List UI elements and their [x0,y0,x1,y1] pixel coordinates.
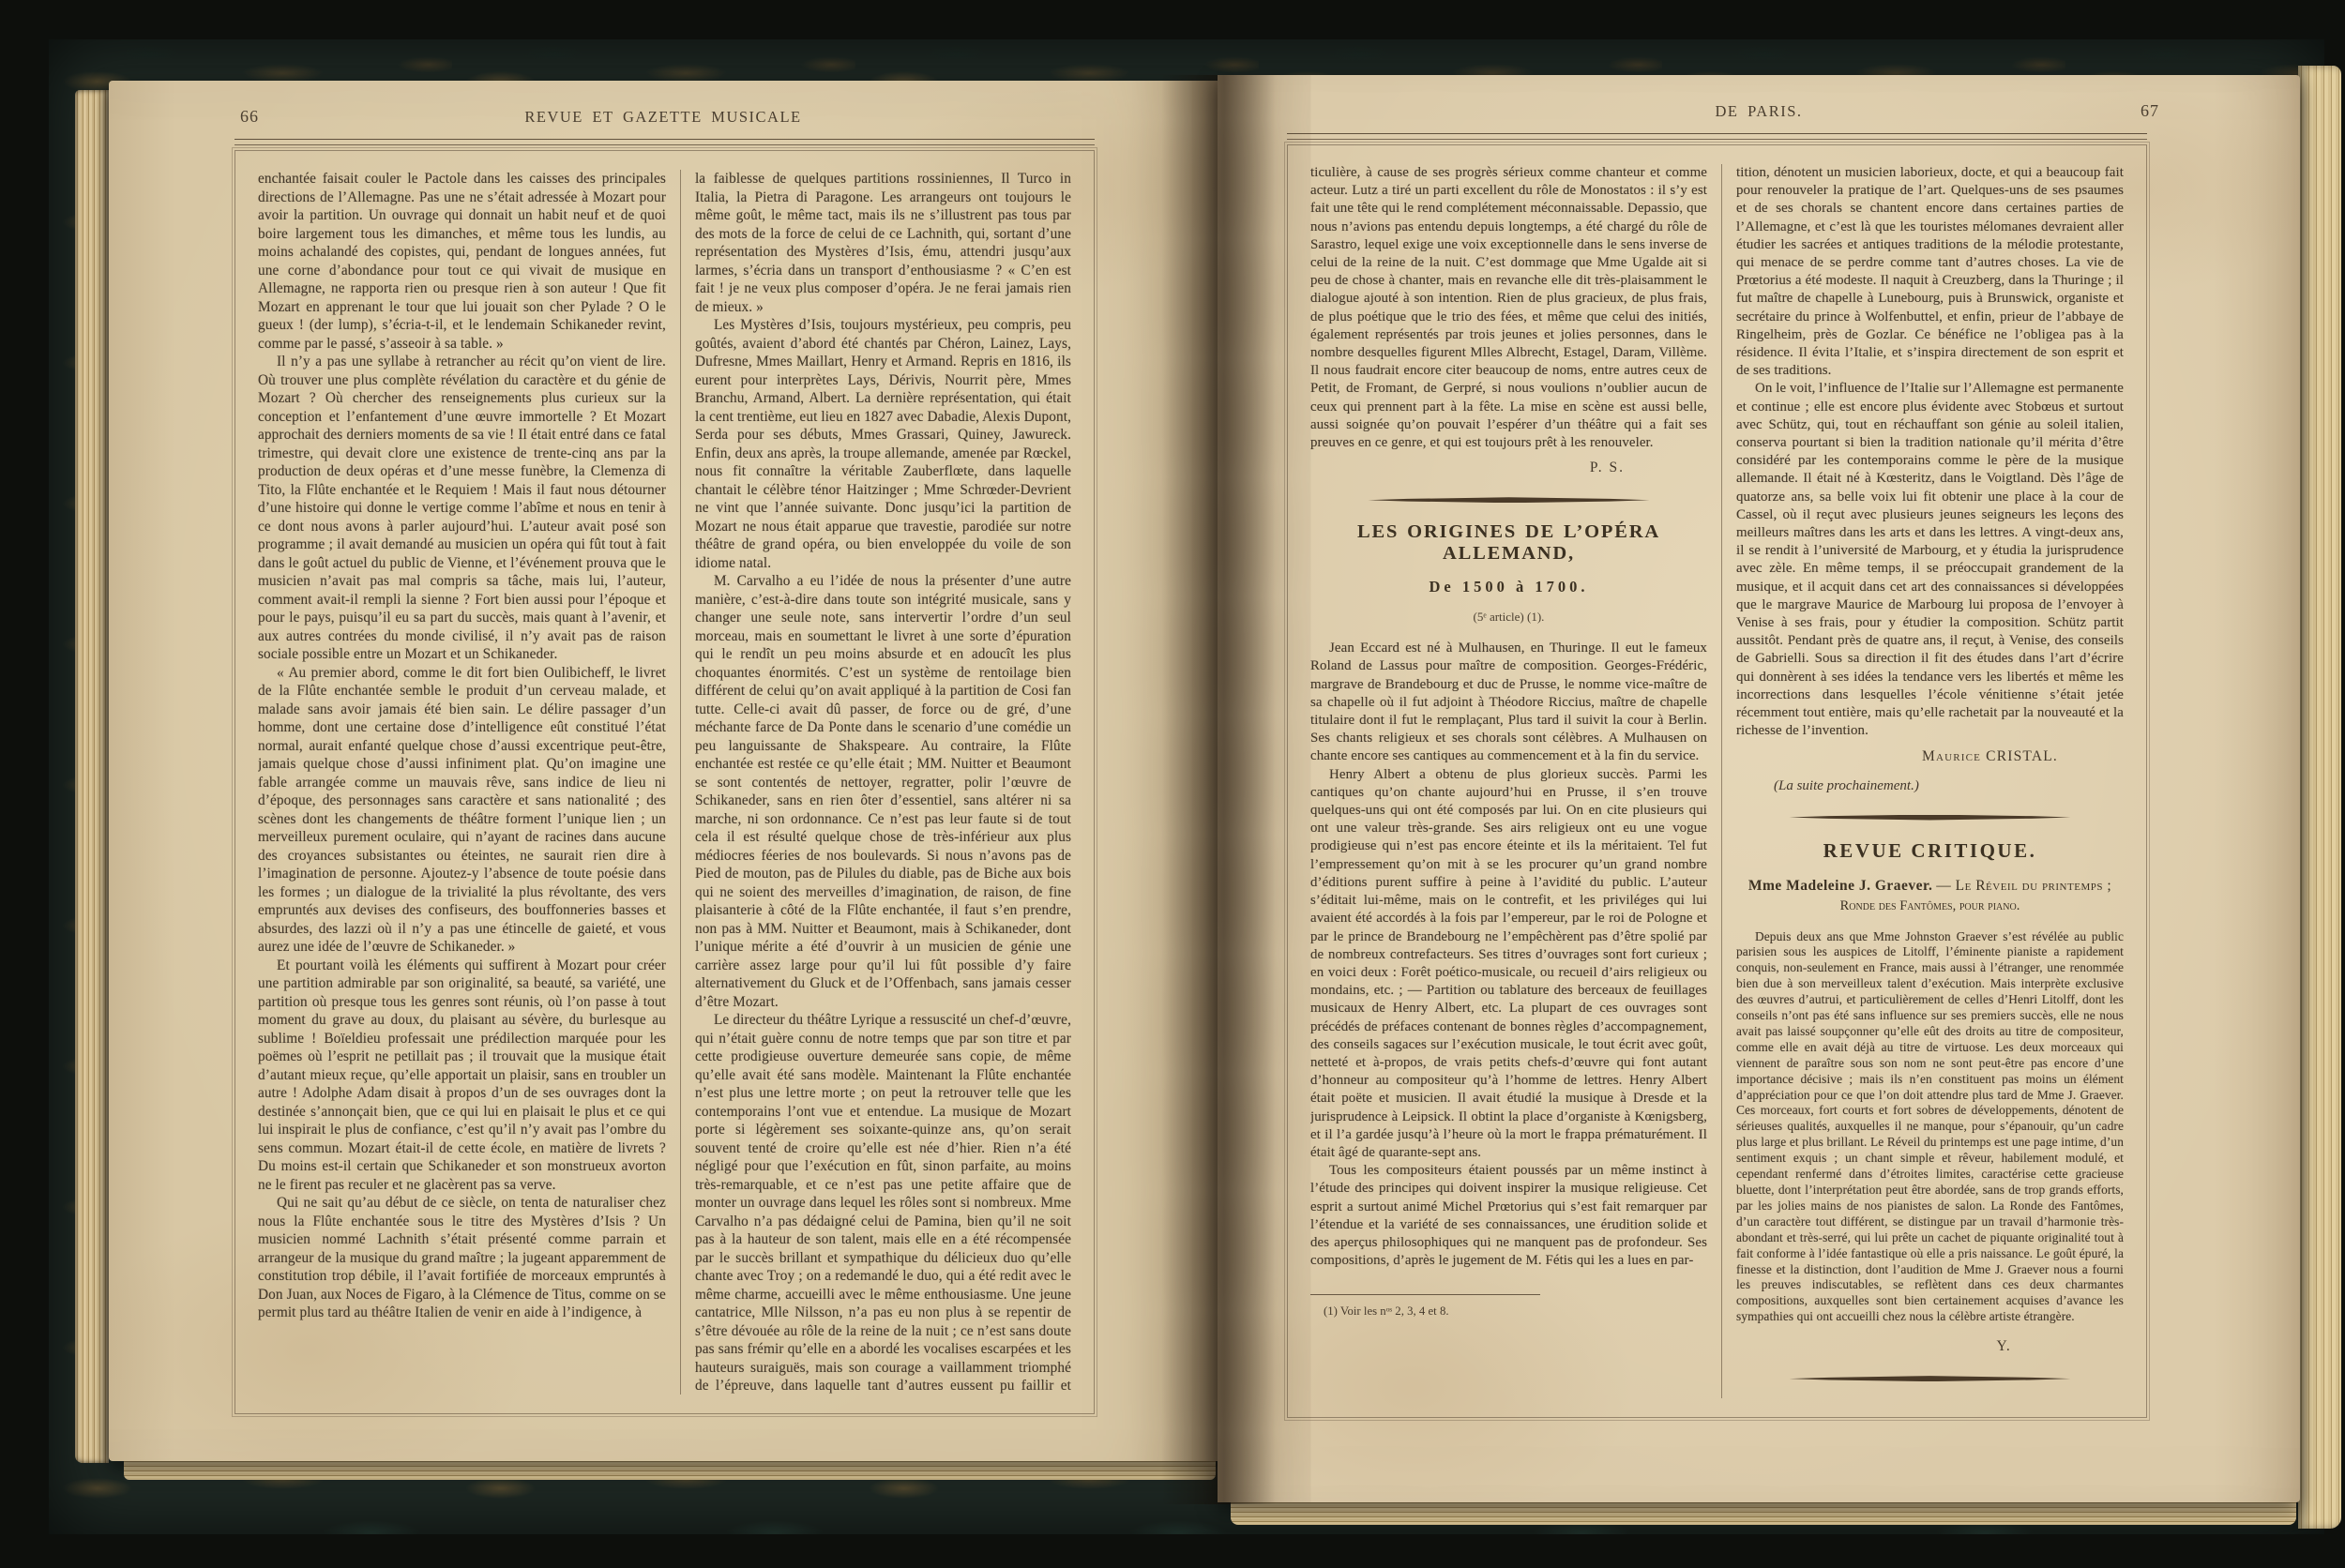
paragraph: Les Mystères d’Isis, toujours mystérieux… [695,316,1071,572]
paragraph: ticulière, à cause de ses progrès sérieu… [1310,164,1707,452]
signature-y: Y. [1736,1338,2124,1355]
review-work-title-2: Ronde des Fantômes, pour piano. [1736,898,2124,914]
article-title: LES ORIGINES DE L’OPÉRA ALLEMAND, [1310,521,1707,565]
page-number-right: 67 [2141,101,2159,121]
end-divider-rule [1789,1376,2070,1381]
left-page-column-1: enchantée faisait couler le Pactole dans… [258,170,666,1395]
text-frame-right: ticulière, à cause de ses progrès sérieu… [1287,144,2147,1418]
paragraph: Et pourtant voilà les éléments qui suffi… [258,957,666,1195]
review-heading: Mme Madeleine J. Graever. — Le Réveil du… [1736,878,2124,895]
right-page-column-2: tition, dénotent un musicien laborieux, … [1736,164,2124,1398]
review-body: Depuis deux ans que Mme Johnston Graever… [1736,929,2124,1326]
right-page-column-1: ticulière, à cause de ses progrès sérieu… [1310,164,1707,1398]
fore-edge-right [2298,66,2341,1529]
page-stack-bottom-left [124,1459,1216,1480]
text-frame-left: enchantée faisait couler le Pactole dans… [234,150,1095,1414]
paragraph: la faiblesse de quelques partitions ross… [695,170,1071,316]
paragraph: Il n’y a pas une syllabe à retrancher au… [258,353,666,664]
running-head-left: REVUE ET GAZETTE MUSICALE [109,108,1218,127]
signature-ps: P. S. [1310,460,1707,476]
footnote-rule [1310,1294,1540,1295]
signature-maurice-cristal: Maurice CRISTAL. [1736,748,2124,765]
page-stack-bottom-right [1231,1500,2296,1525]
header-rule-left [234,139,1095,145]
paragraph: M. Carvalho a eu l’idée de nous la prése… [695,572,1071,1011]
left-page-column-2: la faiblesse de quelques partitions ross… [695,170,1071,1395]
paragraph: tition, dénotent un musicien laborieux, … [1736,164,2124,380]
right-page-header: DE PARIS. 67 [1218,99,2300,128]
paragraph: « Au premier abord, comme le dit fort bi… [258,664,666,957]
left-page: 66 REVUE ET GAZETTE MUSICALE enchantée f… [109,81,1218,1461]
column-divider [1721,164,1722,1398]
paragraph: On le voit, l’influence de l’Italie sur … [1736,380,2124,740]
column-divider [680,170,681,1395]
footnote: (1) Voir les nᵒˢ 2, 3, 4 et 8. [1310,1304,1707,1319]
running-head-right: DE PARIS. [1218,102,2300,121]
article-note: (5ᵉ article) (1). [1310,610,1707,625]
paragraph: Qui ne sait qu’au début de ce siècle, on… [258,1194,666,1322]
book-scan: 66 REVUE ET GAZETTE MUSICALE enchantée f… [0,0,2345,1568]
review-author: Mme Madeleine J. Graever. [1748,878,1933,894]
paragraph: Henry Albert a obtenu de plus glorieux s… [1310,766,1707,1162]
paragraph: Tous les compositeurs étaient poussés pa… [1310,1162,1707,1270]
header-rule-right [1287,133,2147,140]
fore-edge-left [75,90,109,1463]
article-subtitle: De 1500 à 1700. [1310,578,1707,596]
paragraph: Le directeur du théâtre Lyrique a ressus… [695,1011,1071,1395]
paragraph: enchantée faisait couler le Pactole dans… [258,170,666,353]
review-work-title-1: — Le Réveil du printemps ; [1936,878,2111,894]
paragraph: Jean Eccard est né à Mulhausen, en Thuri… [1310,640,1707,765]
continuation-note: (La suite prochainement.) [1736,778,2124,794]
section-title-revue-critique: REVUE CRITIQUE. [1736,839,2124,863]
left-page-header: 66 REVUE ET GAZETTE MUSICALE [109,105,1218,133]
section-divider-rule [1789,815,2070,821]
section-divider-rule [1368,497,1649,503]
right-page: DE PARIS. 67 ticulière, à cause de ses p… [1218,75,2300,1502]
